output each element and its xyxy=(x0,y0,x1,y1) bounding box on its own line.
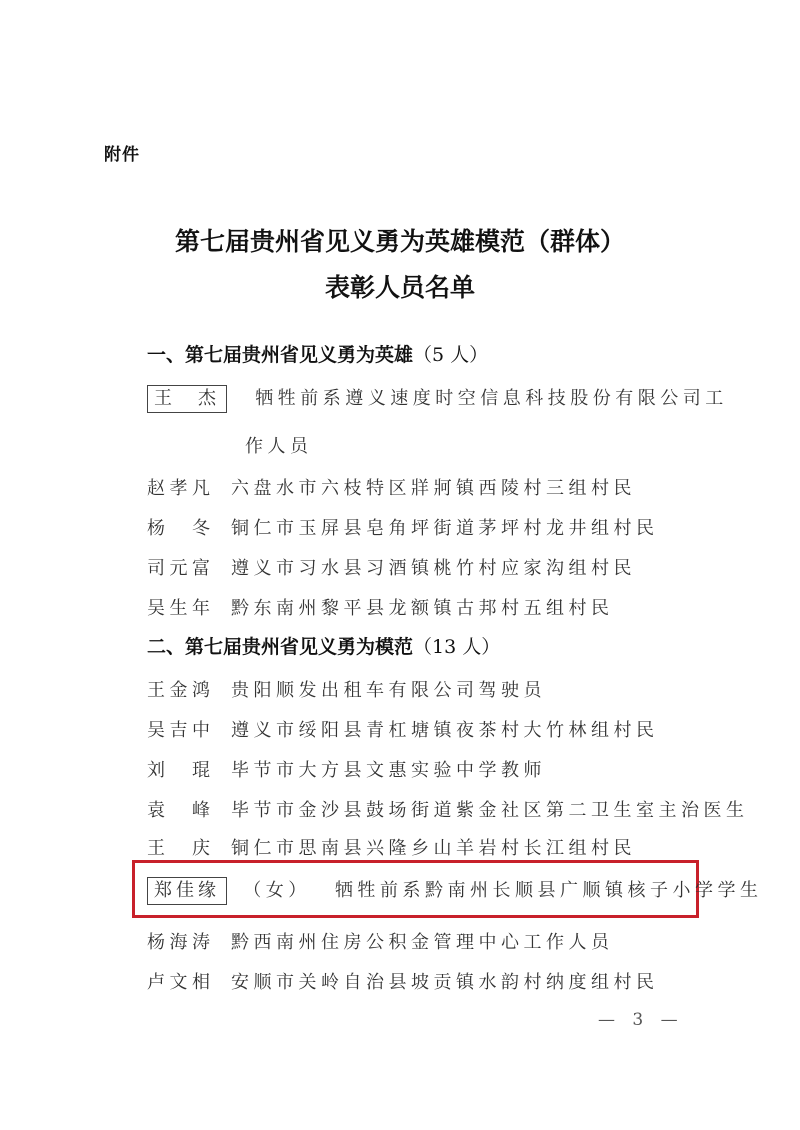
list-item: 王 庆铜仁市思南县兴隆乡山羊岩村长江组村民 xyxy=(147,834,636,860)
person-description: 遵义市绥阳县青杠塘镇夜茶村大竹林组村民 xyxy=(231,716,659,742)
section-heading-text: 一、第七届贵州省见义勇为英雄 xyxy=(147,344,413,366)
section-heading-models: 二、第七届贵州省见义勇为模范（13 人） xyxy=(147,632,500,659)
document-title-line1: 第七届贵州省见义勇为英雄模范（群体） xyxy=(0,222,800,258)
list-item: 杨 冬铜仁市玉屏县皂角坪街道茅坪村龙井组村民 xyxy=(147,514,659,540)
person-description: 遵义市习水县习酒镇桃竹村应家沟组村民 xyxy=(231,554,636,580)
person-description: 牺牲前系黔南州长顺县广顺镇核子小学学生 xyxy=(335,876,763,902)
name-box: 郑佳缘 xyxy=(147,877,227,905)
list-item-highlighted: 郑佳缘 （女） 牺牲前系黔南州长顺县广顺镇核子小学学生 xyxy=(147,876,762,902)
person-description: 毕节市金沙县鼓场街道紫金社区第二卫生室主治医生 xyxy=(231,796,749,822)
person-name: 杨 冬 xyxy=(147,514,231,540)
list-item: 杨海涛黔西南州住房公积金管理中心工作人员 xyxy=(147,928,614,954)
list-item: 吴吉中遵义市绥阳县青杠塘镇夜茶村大竹林组村民 xyxy=(147,716,659,742)
person-description-cont: 作人员 xyxy=(245,432,313,458)
section-heading-text: 二、第七届贵州省见义勇为模范 xyxy=(147,636,413,658)
person-description: 六盘水市六枝特区牂牁镇西陵村三组村民 xyxy=(231,474,636,500)
list-item: 司元富遵义市习水县习酒镇桃竹村应家沟组村民 xyxy=(147,554,636,580)
person-name: 王 杰 xyxy=(147,384,231,410)
person-name: 袁 峰 xyxy=(147,796,231,822)
person-description: 黔西南州住房公积金管理中心工作人员 xyxy=(231,928,614,954)
section-count: （5 人） xyxy=(413,344,488,366)
person-name: 卢文相 xyxy=(147,968,231,994)
section-count: （13 人） xyxy=(413,636,500,658)
list-item-continuation: 作人员 xyxy=(245,432,313,458)
section-heading-heroes: 一、第七届贵州省见义勇为英雄（5 人） xyxy=(147,340,488,367)
person-name: 吴吉中 xyxy=(147,716,231,742)
person-name: 王金鸿 xyxy=(147,676,231,702)
person-description: 安顺市关岭自治县坡贡镇水韵村纳度组村民 xyxy=(231,968,659,994)
document-title-line2: 表彰人员名单 xyxy=(0,268,800,304)
person-description: 牺牲前系遵义速度时空信息科技股份有限公司工 xyxy=(255,384,728,410)
person-description: 黔东南州黎平县龙额镇古邦村五组村民 xyxy=(231,594,614,620)
person-name: 刘 琨 xyxy=(147,756,231,782)
person-name: 吴生年 xyxy=(147,594,231,620)
list-item: 袁 峰毕节市金沙县鼓场街道紫金社区第二卫生室主治医生 xyxy=(147,796,749,822)
name-box: 王 杰 xyxy=(147,385,227,413)
person-name: 王 庆 xyxy=(147,834,231,860)
person-description: 铜仁市思南县兴隆乡山羊岩村长江组村民 xyxy=(231,834,636,860)
attachment-label: 附件 xyxy=(104,140,140,165)
person-name: 司元富 xyxy=(147,554,231,580)
list-item: 刘 琨毕节市大方县文惠实验中学教师 xyxy=(147,756,546,782)
page-number: — 3 — xyxy=(598,1010,684,1030)
list-item: 王金鸿贵阳顺发出租车有限公司驾驶员 xyxy=(147,676,546,702)
list-item: 赵孝凡六盘水市六枝特区牂牁镇西陵村三组村民 xyxy=(147,474,636,500)
list-item: 吴生年黔东南州黎平县龙额镇古邦村五组村民 xyxy=(147,594,614,620)
list-item: 卢文相安顺市关岭自治县坡贡镇水韵村纳度组村民 xyxy=(147,968,659,994)
person-description: 毕节市大方县文惠实验中学教师 xyxy=(231,756,546,782)
person-name: 杨海涛 xyxy=(147,928,231,954)
person-description: 铜仁市玉屏县皂角坪街道茅坪村龙井组村民 xyxy=(231,514,659,540)
person-description: 贵阳顺发出租车有限公司驾驶员 xyxy=(231,676,546,702)
list-item: 王 杰 牺牲前系遵义速度时空信息科技股份有限公司工 xyxy=(147,384,728,410)
person-name: 赵孝凡 xyxy=(147,474,231,500)
person-gender: （女） xyxy=(243,880,311,901)
